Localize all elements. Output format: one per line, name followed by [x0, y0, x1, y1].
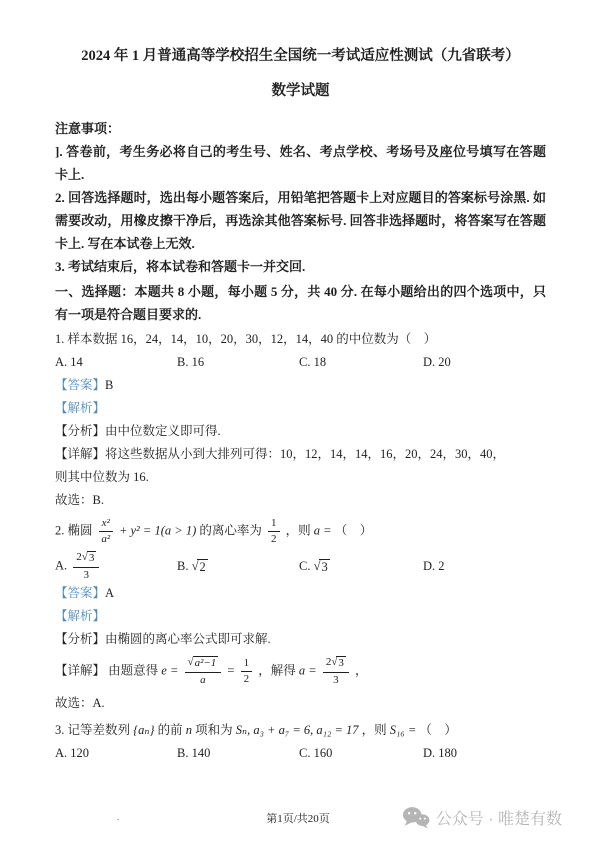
q2-fenxi: 【分析】由椭圆的离心率公式即可求解.	[55, 628, 546, 651]
q3-conditions: Sₙ, a₃ + a₇ = 6, a₁₂ = 17	[236, 723, 359, 737]
q2-paren: （ ）	[335, 523, 373, 537]
sqrt-radical: √a²−1	[188, 656, 219, 671]
q1-option-b: B. 16	[177, 351, 299, 374]
q3-text-2: 的前	[158, 723, 183, 737]
page-subtitle: 数学试题	[55, 81, 546, 101]
sqrt-radical: √3	[82, 551, 97, 566]
q2-option-c: C. √3	[299, 555, 423, 578]
q2-jiexi-label: 【解析】	[55, 605, 546, 628]
question-1-options: A. 14 B. 16 C. 18 D. 20	[55, 351, 546, 374]
q3-option-d: D. 180	[423, 742, 546, 765]
wechat-icon	[402, 806, 430, 829]
wechat-brand-text: 公众号 · 唯楚有数	[436, 806, 562, 829]
q1-option-c: C. 18	[299, 351, 423, 374]
fraction-2sqrt3-3: 2√33	[73, 551, 99, 582]
q2-detail-text: 由题意得	[108, 663, 158, 677]
q3-option-b: B. 140	[177, 742, 299, 765]
q1-conclusion: 故选：B.	[55, 489, 546, 512]
q2-text-3: ，则	[286, 523, 311, 537]
xiangjie-label: 【详解】	[55, 663, 105, 677]
fraction-1-2: 12	[241, 657, 253, 686]
q2-detail-eq: =	[227, 663, 234, 677]
answer-label: 【答案】	[55, 378, 105, 392]
q1-option-a: A. 14	[55, 351, 177, 374]
q2-option-a: A. 2√33	[55, 551, 177, 582]
q2-answer-value: A	[105, 586, 114, 600]
sqrt-radical: √3	[314, 559, 330, 576]
q3-n: n	[186, 723, 192, 737]
q2-number: 2.	[55, 523, 64, 537]
answer-label: 【答案】	[55, 586, 105, 600]
notice-item-2: 2. 回答选择题时，选出每小题答案后，用铅笔把答题卡上对应题目的答案标号涂黑. …	[55, 186, 546, 255]
question-2: 2. 椭圆 x²a² + y² = 1(a > 1) 的离心率为 12 ，则 a…	[55, 512, 546, 551]
sqrt-radical: √3	[331, 656, 346, 671]
exam-page: 2024 年 1 月普通高等学校招生全国统一考试适应性测试（九省联考） 数学试题…	[0, 0, 596, 842]
q3-sequence: {aₙ}	[133, 723, 154, 737]
q2-answer-line: 【答案】A	[55, 582, 546, 605]
q3-number: 3.	[55, 723, 64, 737]
page-title: 2024 年 1 月普通高等学校招生全国统一考试适应性测试（九省联考）	[55, 46, 546, 66]
q1-xiangjie-cont: 则其中位数为 16.	[55, 466, 546, 489]
q2-option-d: D. 2	[423, 555, 546, 578]
q2-var: a =	[314, 523, 332, 537]
q2-detail-e: e =	[161, 663, 178, 677]
q1-answer-line: 【答案】B	[55, 374, 546, 397]
q3-paren: （ ）	[419, 723, 457, 737]
q3-option-a: A. 120	[55, 742, 177, 765]
q2-text-2: 的离心率为	[199, 523, 262, 537]
stray-mark: .	[117, 812, 119, 822]
question-1: 1. 样本数据 16，24，14，10，20，30，12，14，40 的中位数为…	[55, 328, 546, 351]
wechat-brand: 公众号 · 唯楚有数	[402, 806, 562, 829]
fraction-1-2: 12	[268, 517, 280, 546]
fraction-sqrt-a2-1-a: √a²−1a	[185, 656, 222, 687]
question-2-options: A. 2√33 B. √2 C. √3 D. 2	[55, 551, 546, 582]
q2-option-b: B. √2	[177, 555, 299, 578]
notice-item-1: ]. 答卷前，考生务必将自己的考生号、姓名、考点学校、考场号及座位号填写在答题卡…	[55, 140, 546, 186]
q1-fenxi: 【分析】由中位数定义即可得.	[55, 420, 546, 443]
q2-xiangjie: 【详解】 由题意得 e = √a²−1a = 12 ，解得 a = 2√33 ，	[55, 651, 546, 692]
notice-heading: 注意事项：	[55, 117, 546, 140]
sqrt-radical: √2	[192, 559, 208, 576]
q1-answer-value: B	[105, 378, 113, 392]
q2-text: 椭圆	[68, 523, 93, 537]
q1-option-d: D. 20	[423, 351, 546, 374]
q2-equation: + y² = 1(a > 1)	[119, 523, 196, 537]
question-3: 3. 记等差数列 {aₙ} 的前 n 项和为 Sₙ, a₃ + a₇ = 6, …	[55, 719, 546, 742]
page-footer: . 第1页/共20页 公众号 · 唯楚有数	[0, 804, 596, 838]
q1-xiangjie: 【详解】将这些数据从小到大排列可得：10，12，14，14，16，20，24，3…	[55, 443, 546, 466]
q3-text-4: ，则	[362, 723, 387, 737]
q2-conclusion: 故选：A.	[55, 692, 546, 715]
q3-text-3: 项和为	[195, 723, 233, 737]
fraction-2sqrt3-3: 2√33	[323, 656, 349, 687]
section-heading: 一、选择题：本题共 8 小题，每小题 5 分，共 40 分. 在每小题给出的四个…	[55, 280, 546, 326]
q1-jiexi-label: 【解析】	[55, 397, 546, 420]
q3-s16: S₁₆ =	[390, 723, 417, 737]
q2-detail-comma: ，	[355, 663, 368, 677]
fraction-x2-a2: x²a²	[99, 517, 113, 546]
q3-option-c: C. 160	[299, 742, 423, 765]
page-number: 第1页/共20页	[266, 810, 330, 826]
q2-detail-text-2: ，解得	[258, 663, 296, 677]
q2-detail-a: a =	[299, 663, 317, 677]
question-3-options: A. 120 B. 140 C. 160 D. 180	[55, 742, 546, 765]
page-content: 2024 年 1 月普通高等学校招生全国统一考试适应性测试（九省联考） 数学试题…	[0, 0, 596, 765]
q3-text: 记等差数列	[68, 723, 131, 737]
notice-item-3: 3. 考试结束后，将本试卷和答题卡一并交回.	[55, 255, 546, 278]
